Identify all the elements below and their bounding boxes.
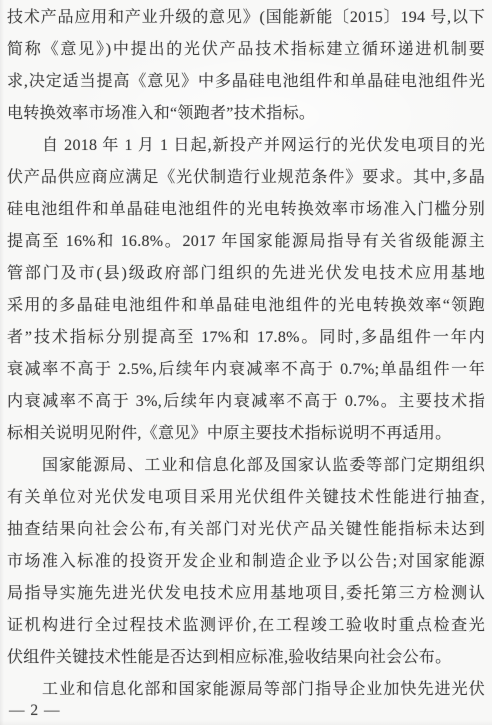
doc-line-paragraph-end: 伏组件关键技术性能是否达到相应标准,验收结果向社会公布。 xyxy=(7,642,485,674)
document-body-text: 技术产品应用和产业升级的意见》(国能新能〔2015〕194 号,以下 简称《意见… xyxy=(7,2,485,706)
doc-line-paragraph-start: 自 2018 年 1 月 1 日起,新投产并网运行的光伏发电项目的光 xyxy=(7,130,485,162)
doc-line: 证机构进行全过程技术监测评价,在工程竣工验收时重点检查光 xyxy=(7,610,485,642)
doc-line: 简称《意见》)中提出的光伏产品技术指标建立循环递进机制要 xyxy=(7,34,485,66)
doc-line: 局指导实施先进光伏发电技术应用基地项目,委托第三方检测认 xyxy=(7,578,485,610)
doc-line: 有关单位对光伏发电项目采用光伏组件关键技术性能进行抽查, xyxy=(7,482,485,514)
doc-line: 求,决定适当提高《意见》中多晶硅电池组件和单晶硅电池组件光 xyxy=(7,66,485,98)
doc-line: 市场准入标准的投资开发企业和制造企业予以公告;对国家能源 xyxy=(7,546,485,578)
doc-line: 伏产品供应商应满足《光伏制造行业规范条件》要求。其中,多晶 xyxy=(7,162,485,194)
doc-line: 衰减率不高于 2.5%,后续年内衰减率不高于 0.7%;单晶组件一年 xyxy=(7,354,485,386)
doc-line: 采用的多晶硅电池组件和单晶硅电池组件的光电转换效率“领跑 xyxy=(7,290,485,322)
doc-line-paragraph-start: 国家能源局、工业和信息化部及国家认监委等部门定期组织 xyxy=(7,450,485,482)
doc-line: 技术产品应用和产业升级的意见》(国能新能〔2015〕194 号,以下 xyxy=(7,2,485,34)
doc-line: 硅电池组件和单晶硅电池组件的光电转换效率市场准入门槛分别 xyxy=(7,194,485,226)
doc-line: 管部门及市(县)级政府部门组织的先进光伏发电技术应用基地 xyxy=(7,258,485,290)
doc-line-paragraph-end: 标相关说明见附件,《意见》中原主要技术指标说明不再适用。 xyxy=(7,418,485,450)
doc-line: 内衰减率不高于 3%,后续年内衰减率不高于 0.7%。主要技术指 xyxy=(7,386,485,418)
scanned-document-page: 技术产品应用和产业升级的意见》(国能新能〔2015〕194 号,以下 简称《意见… xyxy=(0,0,492,725)
doc-line-paragraph-end: 电转换效率市场准入和“领跑者”技术指标。 xyxy=(7,98,485,130)
page-number: — 2 — xyxy=(9,702,61,720)
doc-line-paragraph-start: 工业和信息化部和国家能源局等部门指导企业加快先进光伏 xyxy=(7,674,485,706)
doc-line: 抽查结果向社会公布,有关部门对光伏产品关键性能指标未达到 xyxy=(7,514,485,546)
doc-line: 提高至 16%和 16.8%。2017 年国家能源局指导有关省级能源主 xyxy=(7,226,485,258)
doc-line: 者”技术指标分别提高至 17%和 17.8%。同时,多晶组件一年内 xyxy=(7,322,485,354)
